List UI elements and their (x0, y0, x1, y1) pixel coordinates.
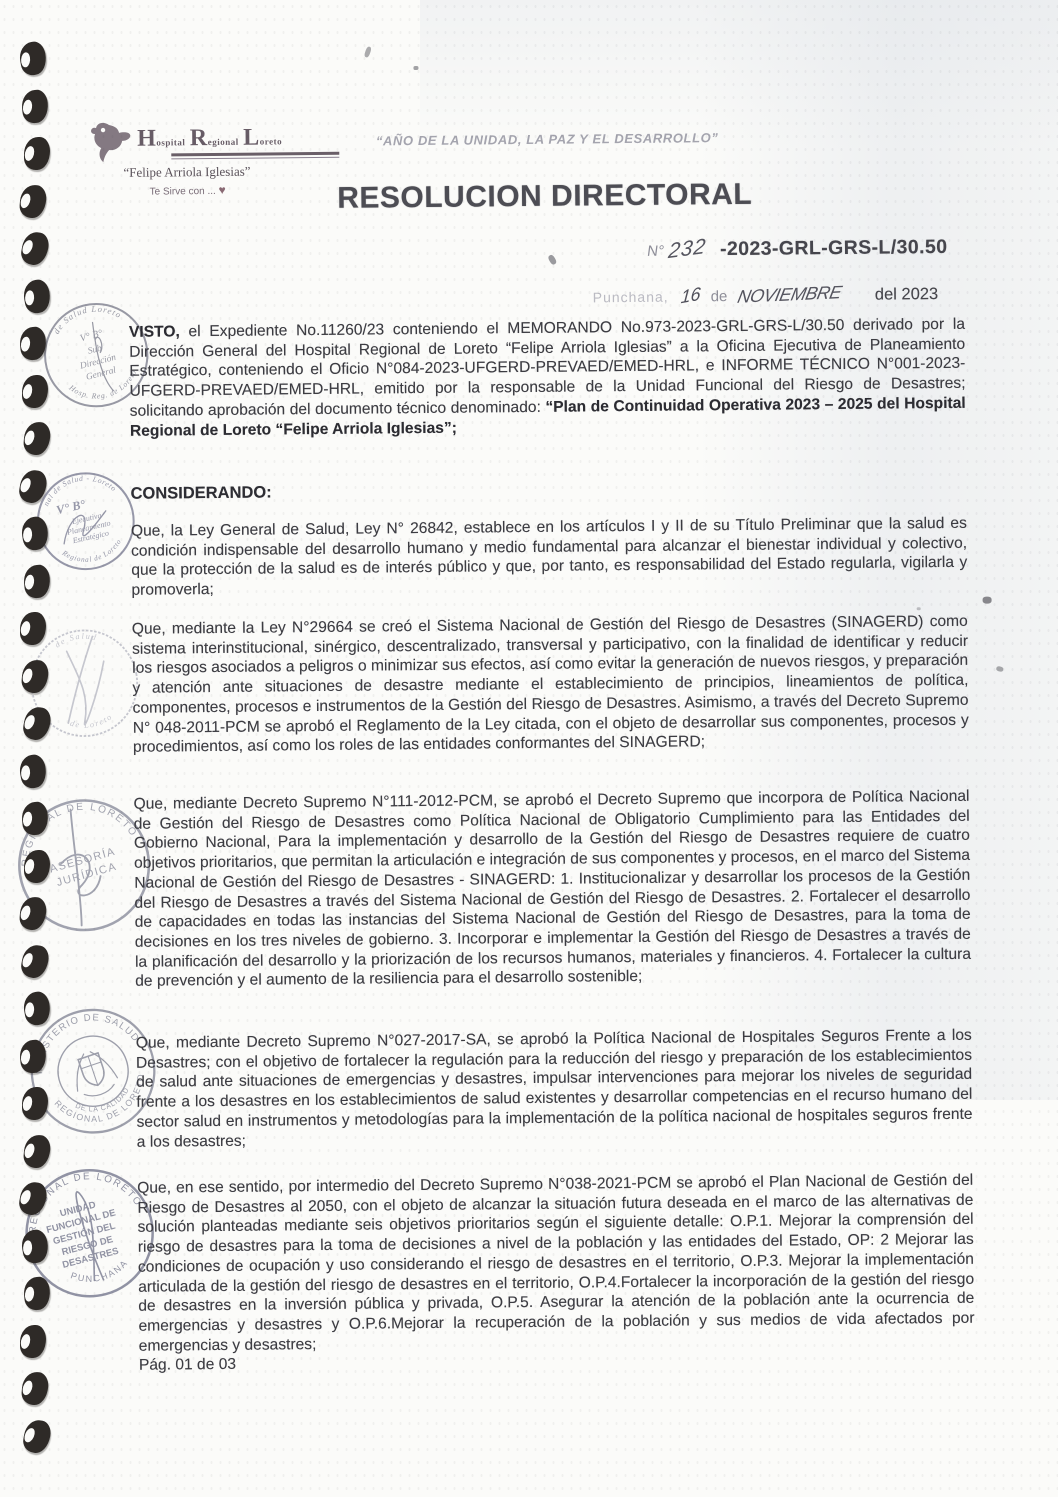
number-prefix: N° (646, 243, 665, 260)
binding-hole (17, 40, 48, 77)
heart-icon: ♥ (218, 183, 225, 197)
binding-hole (23, 1133, 52, 1168)
binding-hole (21, 1371, 50, 1406)
paragraph-que-1: Que, la Ley General de Salud, Ley N° 268… (131, 514, 968, 601)
toucan-bird-icon (89, 119, 133, 165)
scan-speck (996, 666, 1004, 673)
binding-hole (19, 326, 48, 361)
binding-hole (17, 467, 48, 504)
scan-speck (547, 254, 557, 266)
binding-hole (21, 658, 50, 693)
logo-wordmark: Hospital Regional Loreto (137, 125, 339, 164)
binding-hole (19, 942, 50, 979)
binding-hole (23, 421, 52, 456)
document-title: RESOLUCION DIRECTORAL (325, 178, 765, 216)
binding-hole (22, 1087, 48, 1120)
document-sheet: Hospital Regional Loreto “Felipe Arriola… (0, 0, 1058, 1497)
binding-hole (19, 1038, 48, 1073)
paragraph-que-5: Que, en ese sentido, por intermedio del … (137, 1171, 975, 1376)
considerando-heading: CONSIDERANDO: (130, 477, 966, 505)
binding-hole (24, 137, 50, 170)
binding-hole (20, 1325, 46, 1358)
binding-hole (21, 277, 52, 314)
binding-hole (19, 183, 48, 218)
scan-speck (983, 597, 992, 604)
scan-speck (413, 66, 418, 70)
paragraph-que-3: Que, mediante Decreto Supremo N°111-2012… (133, 787, 971, 992)
paragraph-que-4: Que, mediante Decreto Supremo N°027-2017… (136, 1026, 973, 1152)
binding-hole (22, 375, 48, 408)
binding-hole (17, 752, 48, 789)
resolution-number: N° 232 -2023-GRL-GRS-L/30.50 (647, 235, 947, 262)
scan-speck (917, 607, 921, 610)
binding-hole (19, 896, 48, 931)
handwritten-month: Noviembre (735, 282, 843, 308)
binding-hole (21, 705, 52, 742)
paragraph-visto: VISTO, el Expediente No.11260/23 conteni… (129, 315, 966, 441)
stamp1-line: V° B° (79, 328, 104, 344)
binding-hole (17, 1180, 48, 1217)
scanned-document-page: Hospital Regional Loreto “Felipe Arriola… (0, 0, 1058, 1497)
number-suffix: -2023-GRL-GRS-L/30.50 (720, 236, 948, 261)
date-de: de (711, 288, 728, 305)
binding-hole (19, 1227, 50, 1264)
binding-hole (21, 990, 52, 1027)
year-motto: “AÑO DE LA UNIDAD, LA PAZ Y EL DESARROLL… (362, 130, 732, 149)
handwritten-day: 16 (680, 283, 701, 308)
binding-hole (21, 88, 50, 123)
date-line: Punchana, 16 de Noviembre del 2023 (593, 283, 939, 307)
binding-strip (0, 0, 80, 1497)
binding-hole (23, 1276, 52, 1311)
logo-word-regional: Regional (190, 126, 239, 150)
visto-label: VISTO, (129, 323, 180, 340)
logo-subtitle: “Felipe Arriola Iglesias” (123, 163, 304, 181)
date-year: del 2023 (875, 285, 938, 305)
binding-hole (21, 1417, 52, 1454)
binding-hole (24, 850, 50, 883)
logo-word-loreto: Loreto (243, 125, 282, 149)
paragraph-que-2: Que, mediante la Ley N°29664 se creó el … (132, 612, 969, 758)
que5-text: Que, en ese sentido, por intermedio del … (137, 1172, 974, 1355)
binding-hole (21, 801, 50, 836)
logo-tagline-text: Te Sirve con ... (150, 186, 216, 198)
hospital-logo: Hospital Regional Loreto “Felipe Arriola… (89, 117, 305, 198)
binding-hole (23, 563, 52, 598)
logo-word-hospital: Hospital (137, 126, 185, 150)
binding-hole (20, 612, 46, 645)
handwritten-number: 232 (667, 235, 707, 265)
logo-tagline: Te Sirve con ... ♥ (150, 182, 305, 197)
binding-hole (19, 230, 50, 267)
scan-speck (364, 46, 372, 58)
date-place: Punchana, (593, 289, 669, 306)
binding-hole (19, 515, 50, 552)
logo-underline (171, 152, 339, 160)
